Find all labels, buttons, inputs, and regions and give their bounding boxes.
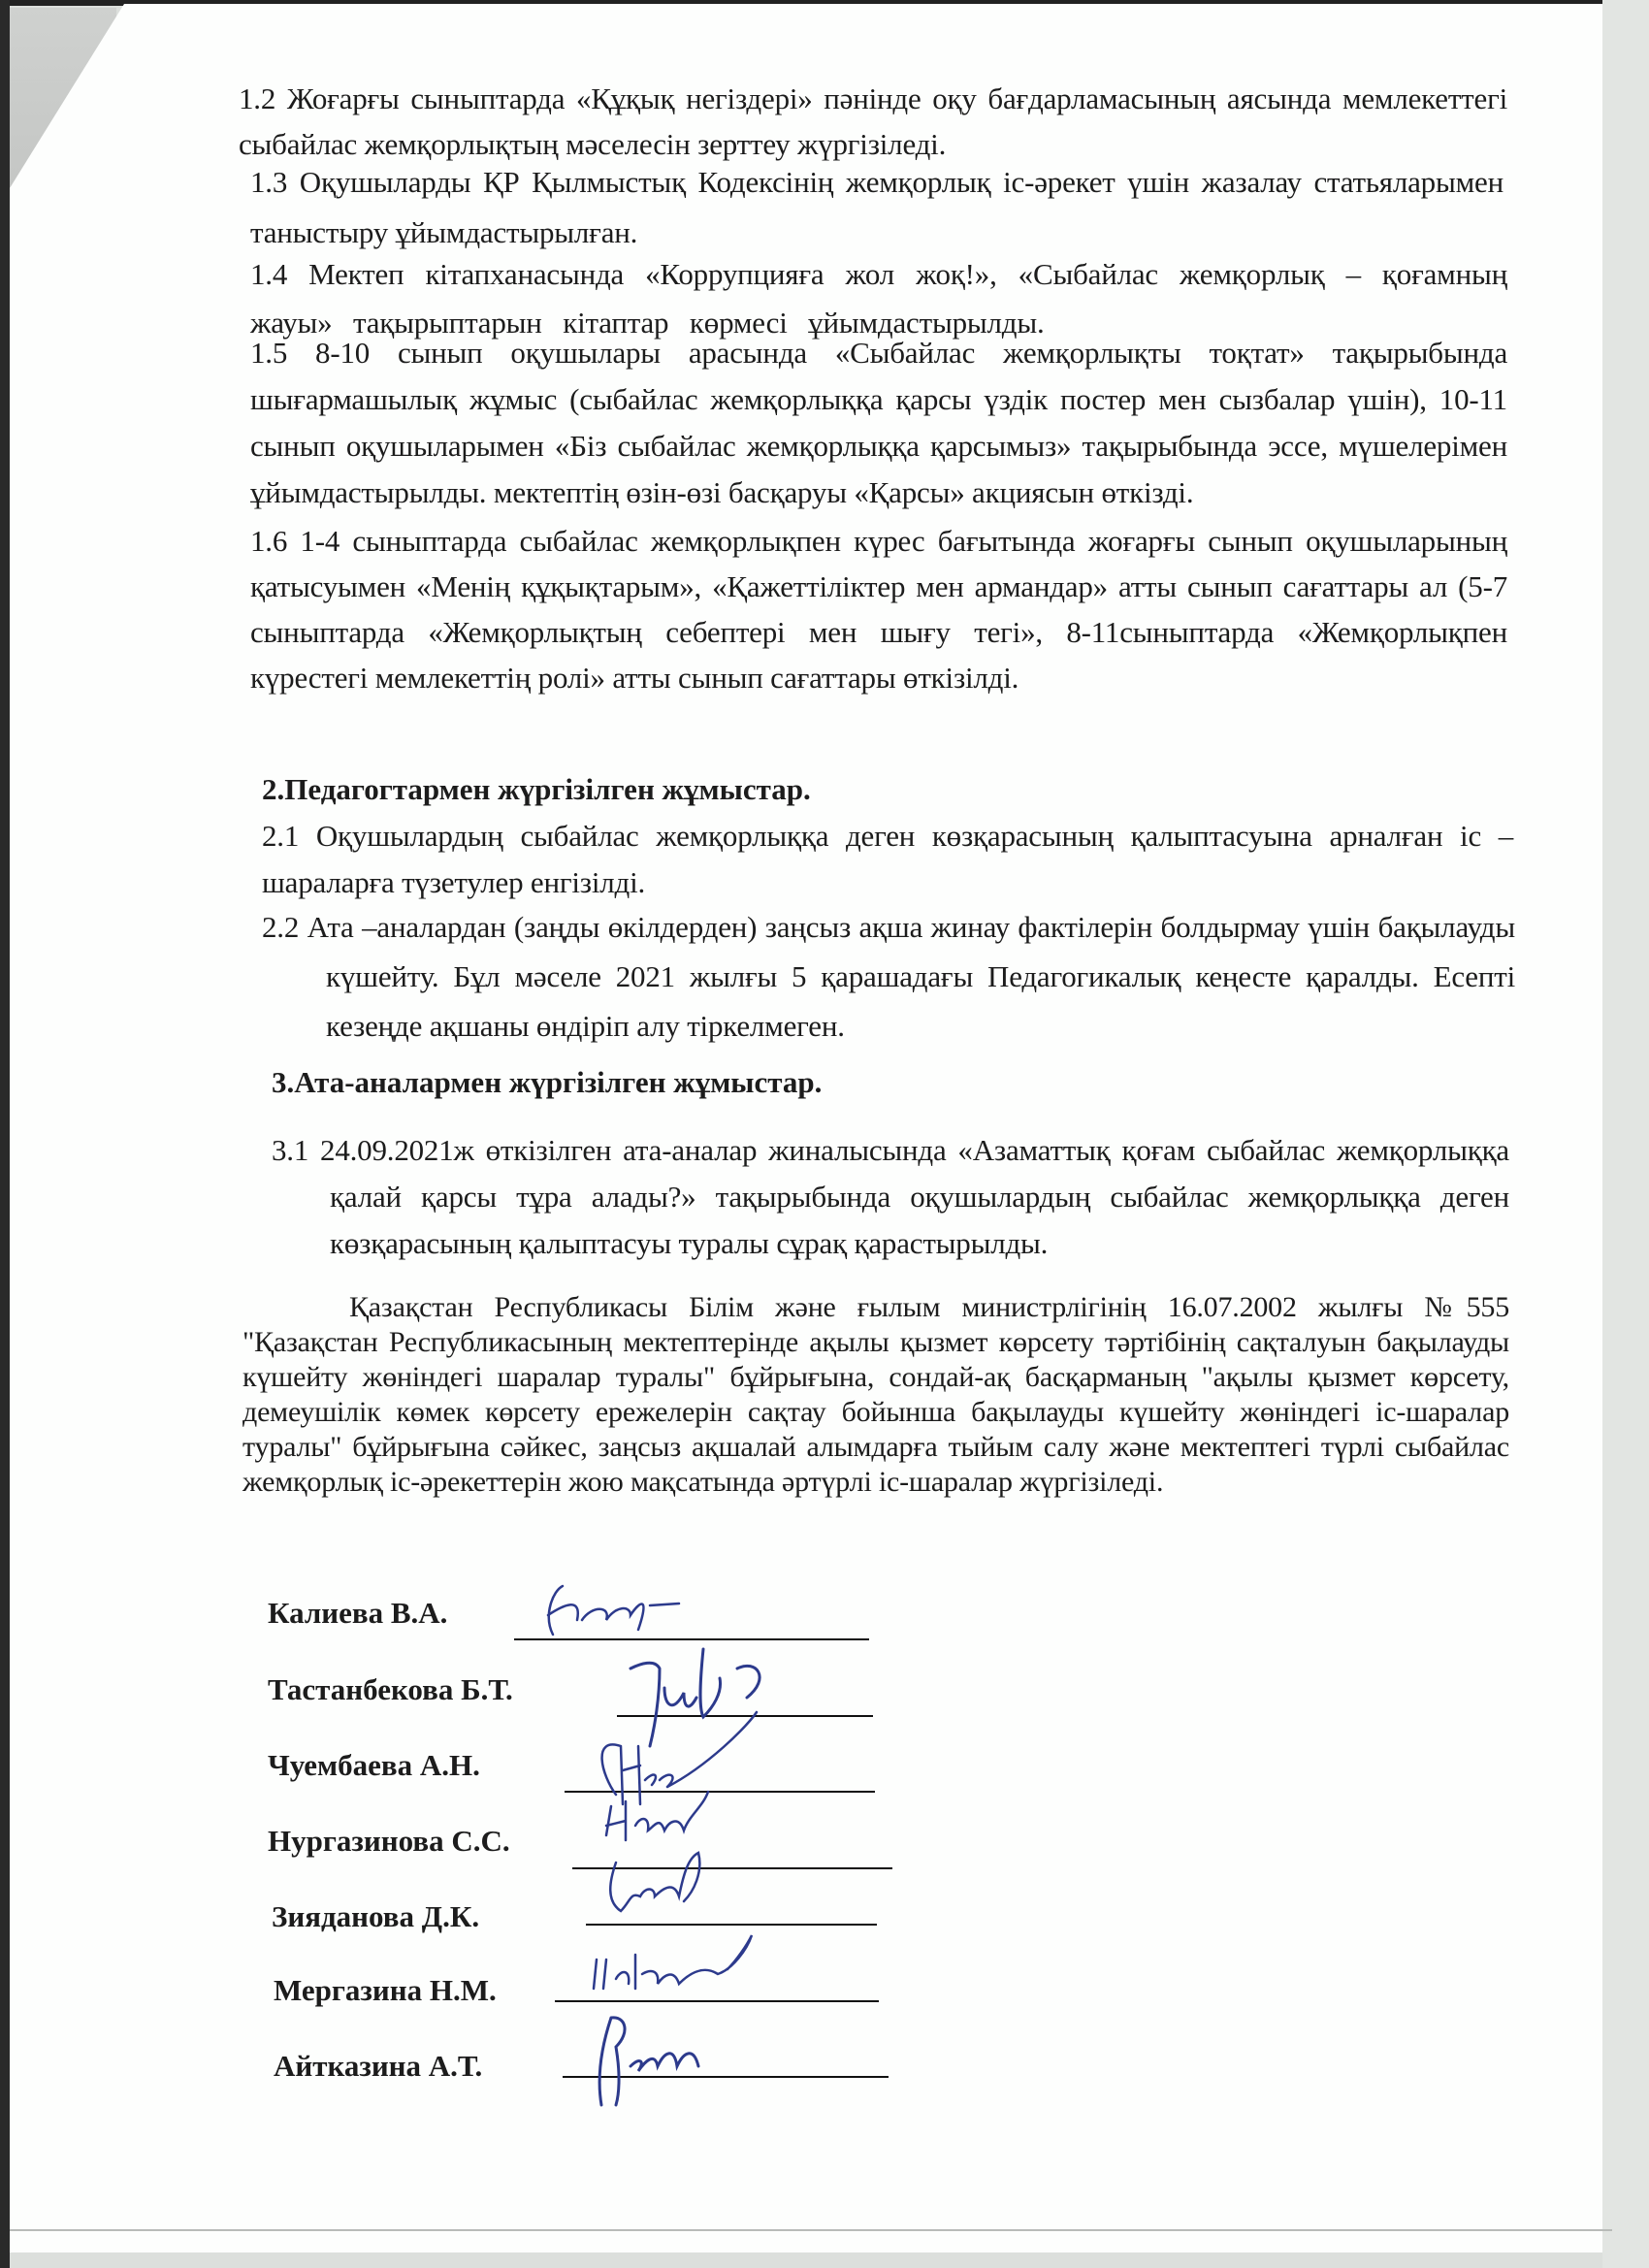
item-number: 1.3 (250, 165, 287, 199)
item-number: 1.6 (250, 524, 287, 558)
signatory-name: Чуембаева А.Н. (268, 1748, 480, 1783)
closing-paragraph: Қазақстан Республикасы Білім және ғылым … (242, 1290, 1509, 1500)
item-text: 24.09.2021ж өткізілген ата-аналар жиналы… (320, 1133, 1509, 1260)
signature-icon (582, 1930, 815, 2008)
item-text: Мектеп кітапханасында «Коррупцияға жол ж… (250, 257, 1507, 340)
item-text: 8-10 сынып оқушылары арасында «Сыбайлас … (250, 336, 1507, 509)
item-number: 2.2 (262, 910, 299, 944)
item-number: 1.5 (250, 336, 287, 370)
item-text: Оқушылардың сыбайлас жемқорлыққа деген к… (262, 819, 1513, 899)
item-number: 2.1 (262, 819, 299, 853)
document-content: 1.2 Жоғарғы сыныптарда «Құқық негіздері»… (0, 0, 1649, 2268)
signatory-name: Зияданова Д.К. (272, 1899, 479, 1934)
item-number: 1.2 (239, 81, 275, 115)
item-1-3: 1.3 Оқушыларды ҚР Қылмыстық Кодексінің ж… (250, 157, 1503, 258)
item-1-5: 1.5 8-10 сынып оқушылары арасында «Сыбай… (250, 330, 1507, 516)
signatory-name: Нургазинова С.С. (268, 1824, 510, 1859)
item-1-2: 1.2 Жоғарғы сыныптарда «Құқық негіздері»… (239, 76, 1507, 167)
signatory-name: Калиева В.А. (268, 1596, 447, 1631)
item-2-2: 2.2 Ата –аналардан (заңды өкілдерден) за… (262, 902, 1515, 1051)
item-number: 1.4 (250, 257, 287, 291)
item-1-6: 1.6 1-4 сыныптарда сыбайлас жемқорлықпен… (250, 518, 1507, 700)
item-text: Ата –аналардан (заңды өкілдерден) заңсыз… (307, 910, 1515, 1043)
item-number: 3.1 (272, 1133, 308, 1167)
item-2-1: 2.1 Оқушылардың сыбайлас жемқорлыққа дег… (262, 813, 1513, 906)
section-3-heading: 3.Ата-аналармен жүргізілген жұмыстар. (272, 1065, 822, 1100)
signature-icon (601, 1843, 795, 1930)
signature-icon (572, 2008, 766, 2115)
item-text: Оқушыларды ҚР Қылмыстық Кодексінің жемқо… (250, 165, 1503, 249)
item-text: 1-4 сыныптарда сыбайлас жемқорлықпен күр… (250, 524, 1507, 695)
section-2-heading: 2.Педагогтармен жүргізілген жұмыстар. (262, 772, 811, 807)
item-text: Жоғарғы сыныптарда «Құқық негіздері» пән… (239, 81, 1507, 161)
item-3-1: 3.1 24.09.2021ж өткізілген ата-аналар жи… (272, 1127, 1509, 1267)
signatory-name: Айтказина А.Т. (274, 2049, 482, 2084)
signatory-name: Тастанбекова Б.Т. (268, 1672, 513, 1707)
signatory-name: Мергазина Н.М. (274, 1973, 497, 2008)
